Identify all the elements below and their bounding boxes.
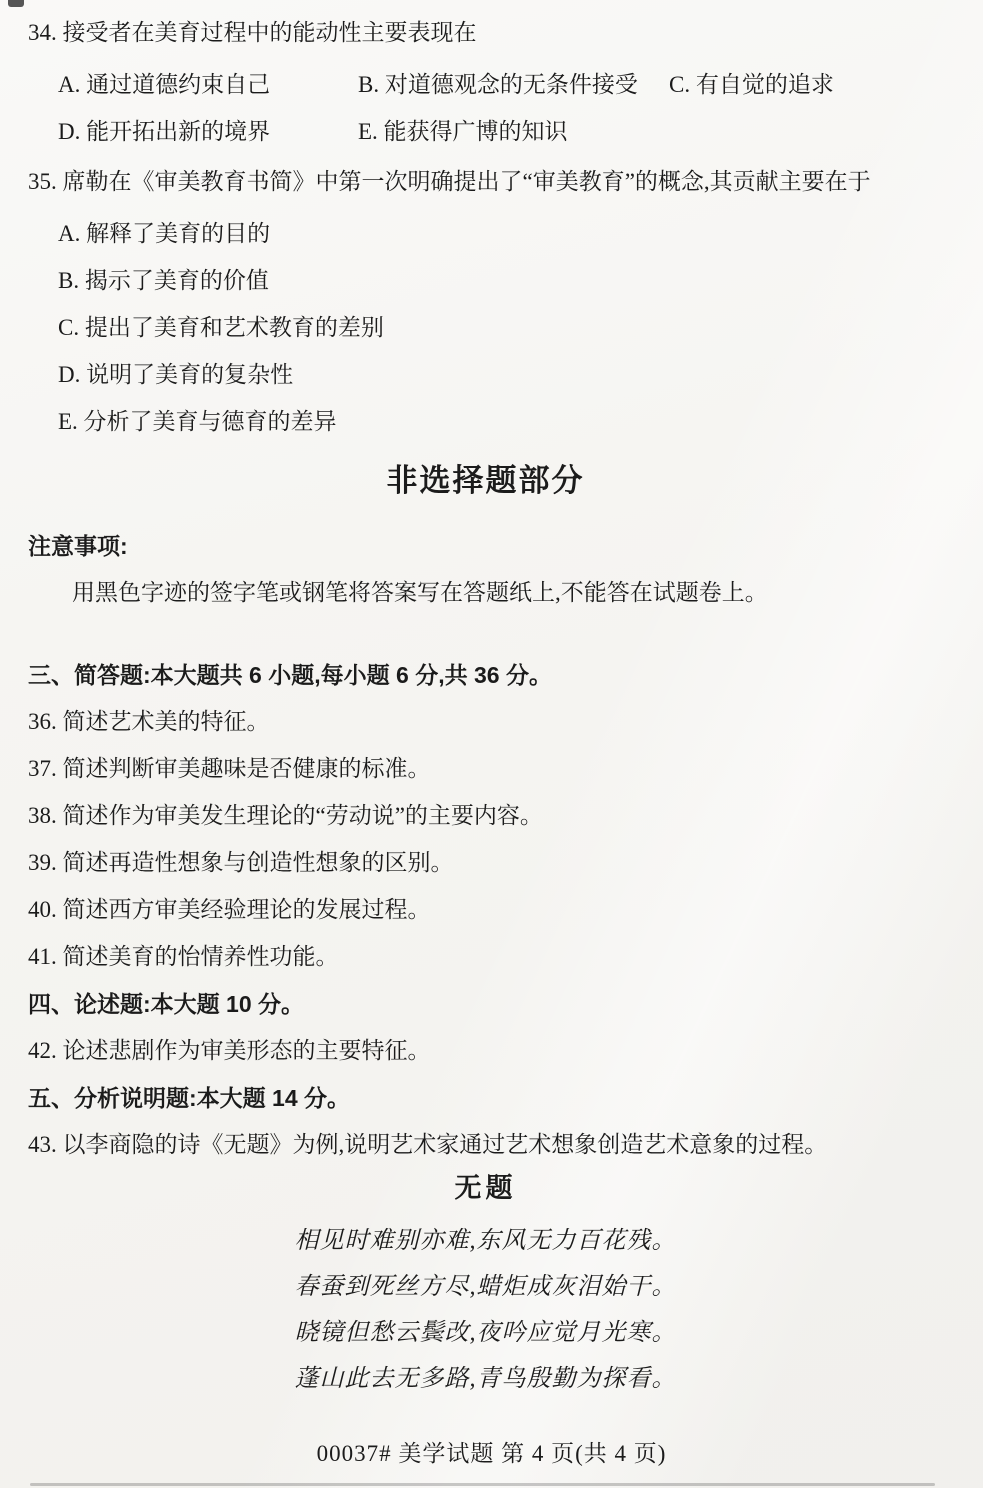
poem-line-1: 相见时难别亦难,东风无力百花残。 (28, 1226, 943, 1256)
poem-line-2: 春蚕到死丝方尽,蜡炬成灰泪始干。 (28, 1272, 943, 1302)
scan-smudge-bottom (30, 1483, 935, 1486)
question-42: 42. 论述悲剧作为审美形态的主要特征。 (28, 1036, 943, 1066)
poem-title: 无题 (28, 1170, 943, 1206)
section-4-heading: 四、论述题:本大题 10 分。 (28, 989, 943, 1019)
question-35-option-d: D. 说明了美育的复杂性 (28, 360, 943, 390)
question-35-option-b: B. 揭示了美育的价值 (28, 266, 943, 296)
question-38: 38. 简述作为审美发生理论的“劳动说”的主要内容。 (28, 801, 943, 831)
page-footer: 00037# 美学试题 第 4 页(共 4 页) (0, 1435, 983, 1468)
question-35-option-c: C. 提出了美育和艺术教育的差别 (28, 313, 943, 343)
scan-smudge-top-left (8, 0, 24, 7)
section-3-heading: 三、简答题:本大题共 6 小题,每小题 6 分,共 36 分。 (28, 660, 943, 690)
question-34-option-a: A. 通过道德约束自己 (58, 70, 358, 100)
question-40: 40. 简述西方审美经验理论的发展过程。 (28, 895, 943, 925)
notice-text: 用黑色字迹的签字笔或钢笔将答案写在答题纸上,不能答在试题卷上。 (28, 578, 943, 608)
question-34-options-row-1: A. 通过道德约束自己 B. 对道德观念的无条件接受 C. 有自觉的追求 (28, 70, 943, 100)
question-34-stem: 34. 接受者在美育过程中的能动性主要表现在 (28, 18, 943, 48)
poem-line-3: 晓镜但愁云鬓改,夜吟应觉月光寒。 (28, 1318, 943, 1348)
question-34-option-d: D. 能开拓出新的境界 (58, 117, 358, 147)
question-35-stem: 35. 席勒在《审美教育书简》中第一次明确提出了“审美教育”的概念,其贡献主要在… (28, 167, 943, 197)
question-37: 37. 简述判断审美趣味是否健康的标准。 (28, 754, 943, 784)
notice-label: 注意事项: (28, 531, 943, 561)
question-41: 41. 简述美育的怡情养性功能。 (28, 942, 943, 972)
section-5-heading: 五、分析说明题:本大题 14 分。 (28, 1083, 943, 1113)
question-34-option-e: E. 能获得广博的知识 (358, 117, 669, 147)
exam-paper-page: 34. 接受者在美育过程中的能动性主要表现在 A. 通过道德约束自己 B. 对道… (0, 0, 983, 1488)
question-35-option-a: A. 解释了美育的目的 (28, 219, 943, 249)
question-35-option-e: E. 分析了美育与德育的差异 (28, 407, 943, 437)
question-43: 43. 以李商隐的诗《无题》为例,说明艺术家通过艺术想象创造艺术意象的过程。 (28, 1130, 943, 1160)
question-34-option-c: C. 有自觉的追求 (669, 70, 943, 100)
non-choice-section-title: 非选择题部分 (28, 461, 943, 501)
question-34-options-row-2: D. 能开拓出新的境界 E. 能获得广博的知识 (28, 117, 943, 147)
question-39: 39. 简述再造性想象与创造性想象的区别。 (28, 848, 943, 878)
question-36: 36. 简述艺术美的特征。 (28, 707, 943, 737)
poem-line-4: 蓬山此去无多路,青鸟殷勤为探看。 (28, 1364, 943, 1394)
question-34-option-b: B. 对道德观念的无条件接受 (358, 70, 669, 100)
